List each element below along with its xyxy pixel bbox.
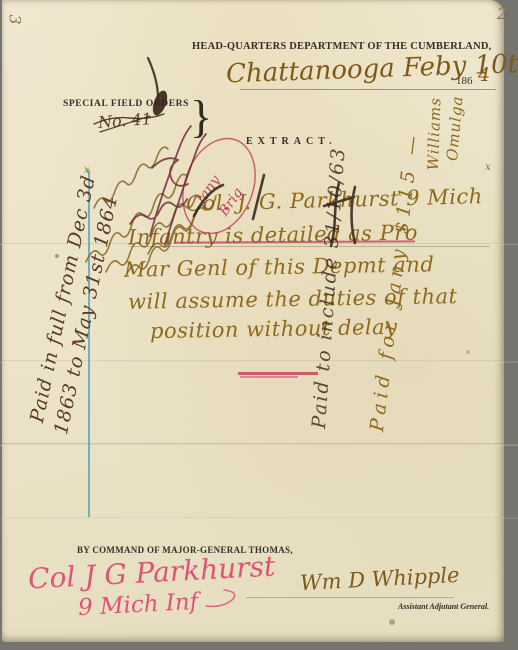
endorsement-williams: Williams [424,97,445,171]
crease-line [130,246,490,247]
dateline-rule [240,89,496,90]
signature-rule [246,597,454,598]
orders-brace: } [190,90,212,143]
extract-heading: EXTRACT. [246,136,337,147]
scanned-document-page: 3 2 HEAD-QUARTERS DEPARTMENT OF THE CUMB… [0,0,518,650]
page-number-top-left: 3 [6,14,25,24]
red-underline-short-2 [240,376,298,378]
red-underline-short [238,372,318,375]
adjutant-general-title: Assistant Adjutant General. [398,602,489,611]
special-field-orders-label: SPECIAL FIELD ORDERS [63,99,189,109]
body-line-5: position without delay [150,315,398,343]
year-digit-handwriting: 4 [478,64,490,86]
x-mark: x [485,162,491,173]
letterhead-title: HEAD-QUARTERS DEPARTMENT OF THE CUMBERLA… [192,41,491,52]
page-number-top-right: 2 [497,4,507,23]
order-number-handwriting: No. 41 [97,109,152,132]
printed-year-prefix: 186 [456,75,473,87]
